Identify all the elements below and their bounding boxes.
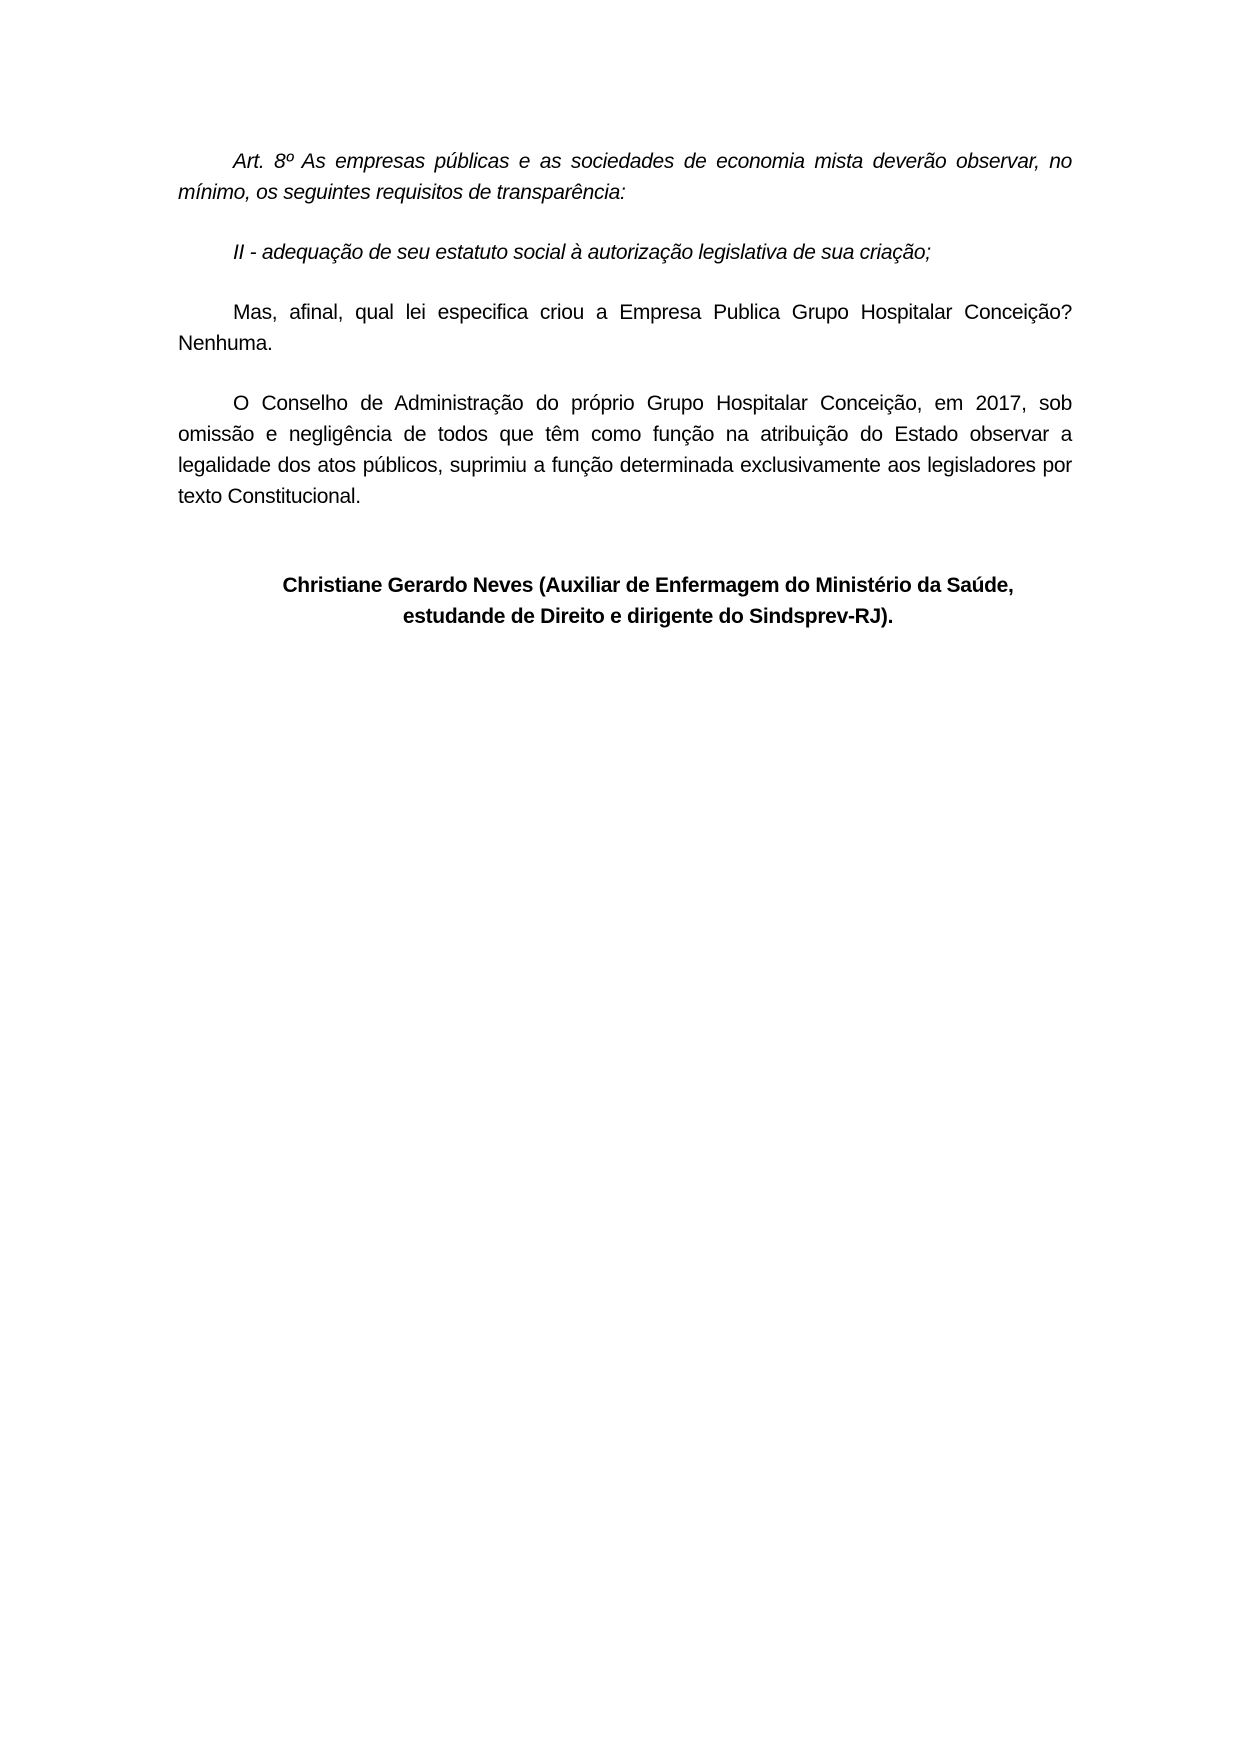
quoted-article-paragraph: Art. 8º As empresas públicas e as socied… [178,146,1072,208]
quoted-article-item: II - adequação de seu estatuto social à … [178,237,1072,268]
question-paragraph: Mas, afinal, qual lei especifica criou a… [178,297,1072,359]
author-signature: Christiane Gerardo Neves (Auxiliar de En… [178,570,1072,632]
conclusion-paragraph: O Conselho de Administração do próprio G… [178,388,1072,512]
signature-line-2: estudande de Direito e dirigente do Sind… [178,601,1072,632]
signature-line-1: Christiane Gerardo Neves (Auxiliar de En… [178,570,1072,601]
